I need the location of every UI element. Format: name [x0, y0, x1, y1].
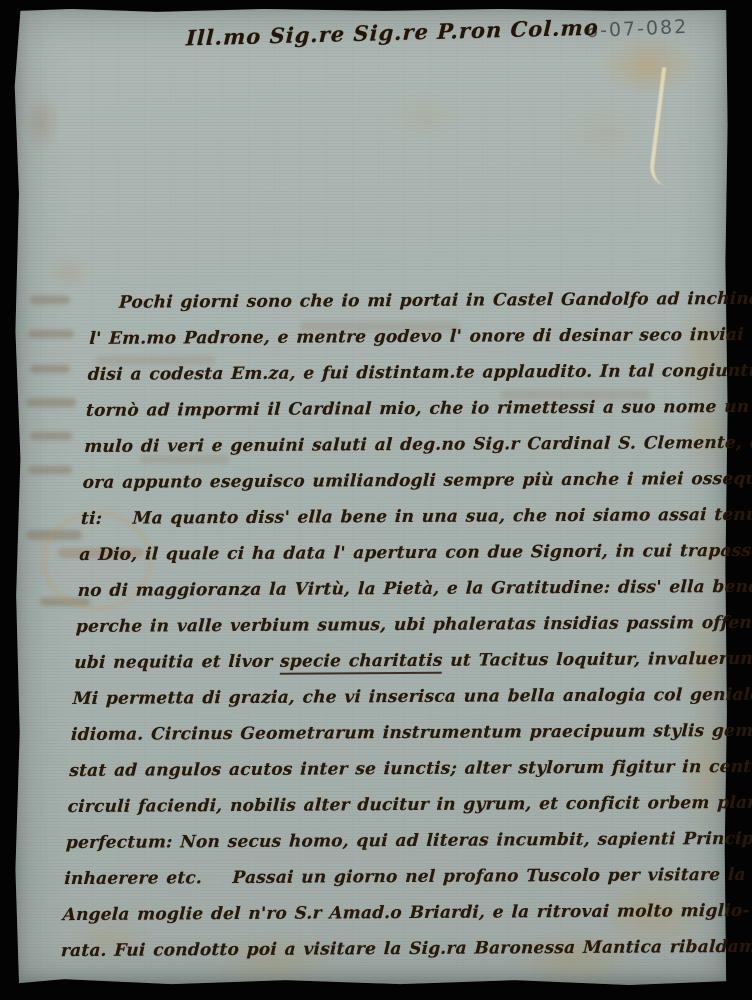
- letter-line: rata. Fui condotto poi a visitare la Sig…: [60, 929, 710, 969]
- letter-line: circuli faciendi, nobilis alter ducitur …: [67, 785, 717, 825]
- archive-number-label: 6-07-082: [586, 16, 689, 42]
- letter-line: ti: Ma quanto diss' ella bene in una sua…: [80, 497, 730, 537]
- letter-line-with-underline: ubi nequitia et livor specie charitatis …: [74, 641, 724, 681]
- letter-line: Mi permetta di grazia, che vi inserisca …: [72, 677, 722, 717]
- scanned-letter-page: 6-07-082 Ill.mo Sig.re Sig.re P.ron Col.…: [0, 0, 752, 1000]
- underlined-phrase: specie charitatis: [279, 651, 443, 675]
- letter-line: l' Em.mo Padrone, e mentre godevo l' ono…: [89, 317, 739, 357]
- showthrough-smudge: [28, 330, 74, 338]
- letter-line: Pochi giorni sono che io mi portai in Ca…: [90, 281, 740, 321]
- letter-line: tornò ad impormi il Cardinal mio, che io…: [85, 389, 735, 429]
- letter-line: ora appunto eseguisco umiliandogli sempr…: [82, 461, 732, 501]
- letter-line: no di maggioranza la Virtù, la Pietà, e …: [77, 569, 727, 609]
- line-segment: ubi nequitia et livor: [74, 652, 281, 673]
- showthrough-smudge: [26, 398, 76, 407]
- letter-line: disi a codesta Em.za, e fui distintam.te…: [87, 353, 737, 393]
- letter-line: mulo di veri e genuini saluti al deg.no …: [84, 425, 734, 465]
- letter-line: perche in valle verbium sumus, ubi phale…: [75, 605, 725, 645]
- showthrough-smudge: [30, 296, 70, 304]
- showthrough-smudge: [30, 432, 72, 440]
- letter-line: inhaerere etc. Passai un giorno nel prof…: [64, 857, 714, 897]
- letter-line: idioma. Circinus Geometrarum instrumentu…: [70, 713, 720, 753]
- letter-line: perfectum: Non secus homo, qui ad litera…: [65, 821, 715, 861]
- showthrough-smudge: [30, 365, 70, 373]
- letter-line: stat ad angulos acutos inter se iunctis;…: [69, 749, 719, 789]
- letter-body: Pochi giorni sono che io mi portai in Ca…: [60, 281, 740, 969]
- showthrough-smudge: [28, 466, 72, 474]
- letter-line: Angela moglie del n'ro S.r Amad.o Briard…: [62, 893, 712, 933]
- line-segment: ut Tacitus loquitur, invaluerunt .: [442, 649, 752, 671]
- letter-line: a Dio, il quale ci ha data l' apertura c…: [79, 533, 729, 573]
